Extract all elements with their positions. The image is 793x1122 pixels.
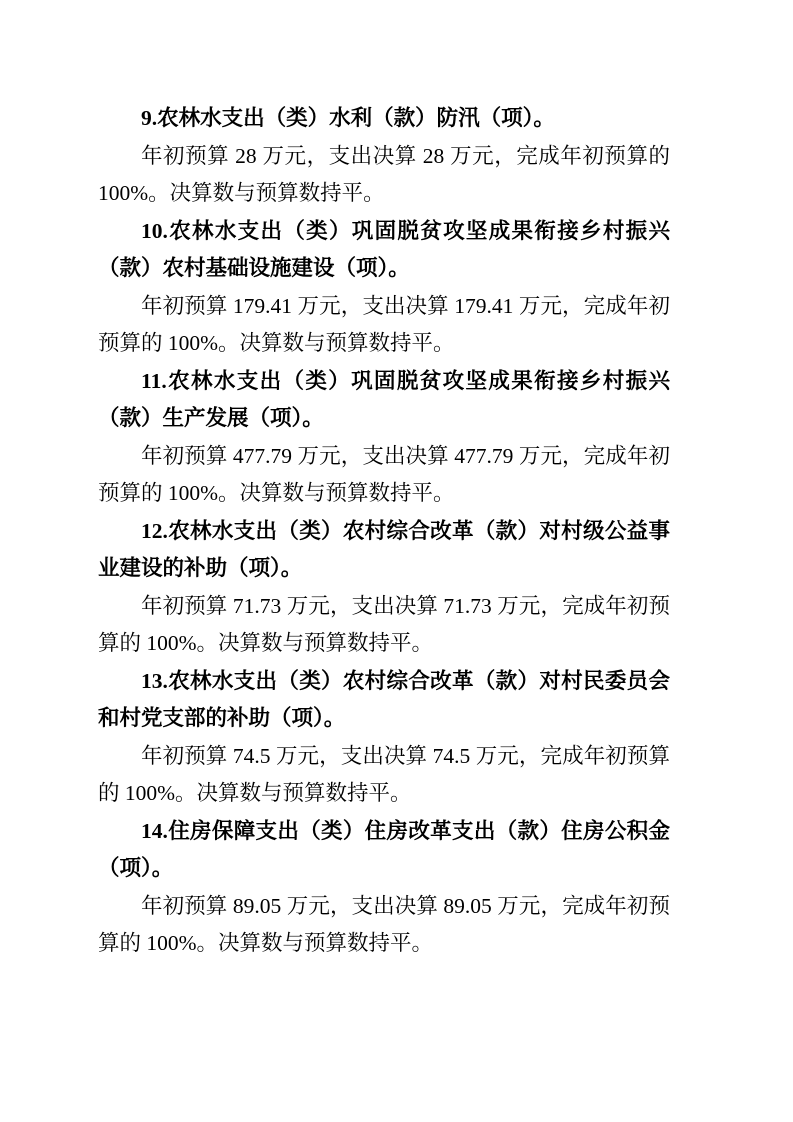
item-heading: 11.农林水支出（类）巩固脱贫攻坚成果衔接乡村振兴（款）生产发展（项）。 [98,363,670,438]
item-body: 年初预算 28 万元，支出决算 28 万元，完成年初预算的 100%。决算数与预… [98,138,670,213]
item-body: 年初预算 89.05 万元，支出决算 89.05 万元，完成年初预算的 100%… [98,888,670,963]
item-heading: 9.农林水支出（类）水利（款）防汛（项）。 [98,100,670,138]
item-body: 年初预算 179.41 万元，支出决算 179.41 万元，完成年初预算的 10… [98,288,670,363]
item-heading: 14.住房保障支出（类）住房改革支出（款）住房公积金（项）。 [98,813,670,888]
item-body: 年初预算 71.73 万元，支出决算 71.73 万元，完成年初预算的 100%… [98,588,670,663]
budget-item-14: 14.住房保障支出（类）住房改革支出（款）住房公积金（项）。 年初预算 89.0… [98,813,670,963]
budget-item-12: 12.农林水支出（类）农村综合改革（款）对村级公益事业建设的补助（项）。 年初预… [98,513,670,663]
item-heading: 13.农林水支出（类）农村综合改革（款）对村民委员会和村党支部的补助（项）。 [98,663,670,738]
item-body: 年初预算 477.79 万元，支出决算 477.79 万元，完成年初预算的 10… [98,438,670,513]
budget-item-13: 13.农林水支出（类）农村综合改革（款）对村民委员会和村党支部的补助（项）。 年… [98,663,670,813]
item-heading: 10.农林水支出（类）巩固脱贫攻坚成果衔接乡村振兴（款）农村基础设施建设（项）。 [98,213,670,288]
item-body: 年初预算 74.5 万元，支出决算 74.5 万元，完成年初预算的 100%。决… [98,738,670,813]
budget-item-10: 10.农林水支出（类）巩固脱贫攻坚成果衔接乡村振兴（款）农村基础设施建设（项）。… [98,213,670,363]
item-heading: 12.农林水支出（类）农村综合改革（款）对村级公益事业建设的补助（项）。 [98,513,670,588]
document-page: 9.农林水支出（类）水利（款）防汛（项）。 年初预算 28 万元，支出决算 28… [0,0,793,1122]
document-content: 9.农林水支出（类）水利（款）防汛（项）。 年初预算 28 万元，支出决算 28… [98,100,670,963]
budget-item-9: 9.农林水支出（类）水利（款）防汛（项）。 年初预算 28 万元，支出决算 28… [98,100,670,213]
budget-item-11: 11.农林水支出（类）巩固脱贫攻坚成果衔接乡村振兴（款）生产发展（项）。 年初预… [98,363,670,513]
